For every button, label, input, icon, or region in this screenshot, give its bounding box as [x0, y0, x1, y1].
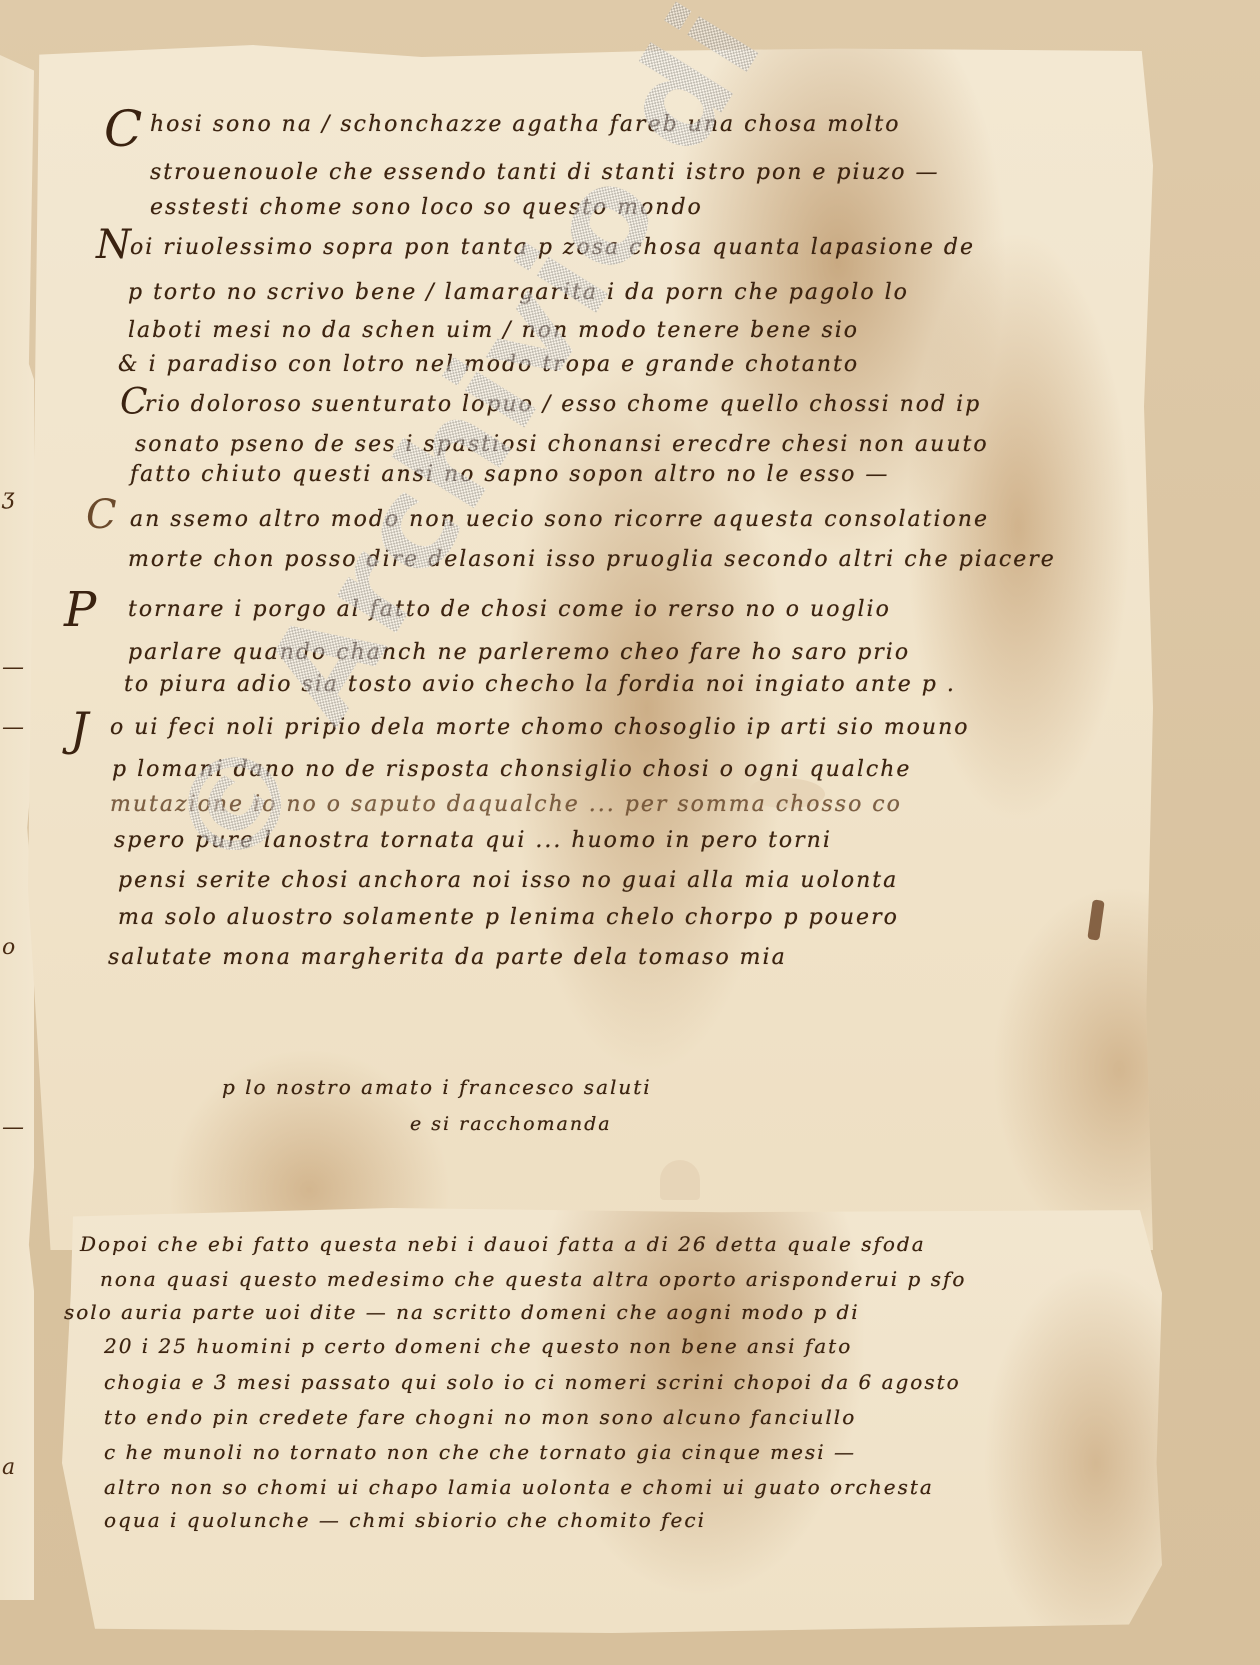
initial-letter: C	[120, 382, 148, 423]
paper-tear	[660, 1160, 700, 1200]
fold-text-line: tto endo pin credete fare chogni no mon …	[104, 1405, 856, 1429]
fragment-glyph: —	[2, 715, 24, 740]
fragment-glyph: —	[2, 1115, 24, 1140]
initial-letter: C	[86, 492, 117, 538]
fold-text-line: nona quasi questo medesimo che questa al…	[100, 1267, 966, 1291]
text-line: salutate mona margherita da parte dela t…	[108, 945, 787, 970]
fold-text-line: Dopoi che ebi fatto questa nebi i dauoi …	[80, 1232, 926, 1256]
fold-text-line: c he munoli no tornato non che che torna…	[104, 1440, 856, 1464]
fold-text-line: chogia e 3 mesi passato qui solo io ci n…	[104, 1370, 961, 1394]
text-line: an ssemo altro modo non uecio sono ricor…	[130, 507, 989, 532]
fold-text-line: oqua i quolunche — chmi sbiorio che chom…	[104, 1508, 706, 1532]
fragment-glyph: —	[2, 655, 24, 680]
initial-letter: C	[104, 100, 142, 158]
fold-text-line: altro non so chomi ui chapo lamia uolont…	[104, 1475, 934, 1499]
initial-letter: J	[70, 702, 88, 756]
initial-letter: P	[64, 582, 96, 638]
initial-letter: N	[96, 222, 131, 268]
fold-text-line: solo auria parte uoi dite — na scritto d…	[64, 1300, 860, 1324]
fold-text-line: 20 i 25 huomini p certo domeni che quest…	[104, 1334, 852, 1358]
closing-line: e si racchomanda	[410, 1113, 612, 1135]
fragment-glyph: o	[2, 935, 15, 960]
fragment-glyph: a	[2, 1455, 15, 1480]
text-line: morte chon posso dire delasoni isso pruo…	[128, 547, 1056, 572]
text-line: hosi sono na / schonchazze agatha fareb …	[150, 112, 900, 137]
closing-line: p lo nostro amato i francesco saluti	[222, 1075, 652, 1099]
text-line: sonato pseno de ses i spastiosi chonansi…	[135, 432, 989, 457]
text-line: tornare i porgo al fatto de chosi come i…	[128, 597, 891, 622]
text-line: ma solo aluostro solamente p lenima chel…	[118, 905, 899, 930]
fragment-glyph: ʒ	[2, 485, 14, 510]
